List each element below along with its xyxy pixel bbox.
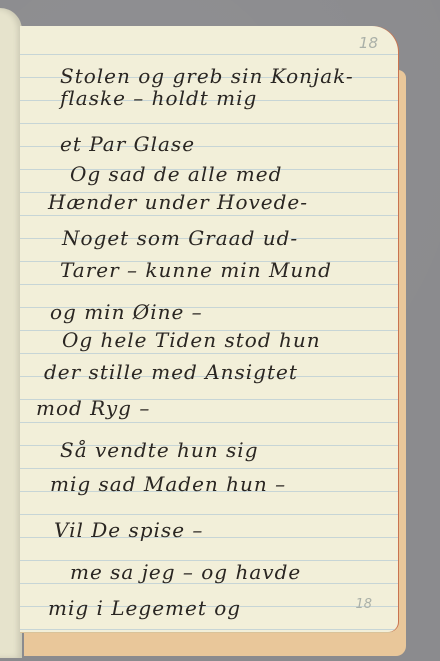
- handwritten-line: Så vendte hun sig: [60, 438, 259, 462]
- handwritten-line: Vil De spise –: [54, 518, 203, 542]
- left-page-edge: ‘: [0, 8, 22, 658]
- handwritten-line: Og sad de alle med: [70, 162, 282, 186]
- handwritten-line: Hænder under Hovede-: [48, 190, 308, 214]
- handwritten-line: der stille med Ansigtet: [44, 360, 298, 384]
- handwritten-line: flaske – holdt mig: [60, 86, 257, 110]
- page-number-top: 18: [359, 34, 378, 52]
- handwritten-line: mig i Legemet og: [48, 596, 241, 620]
- page-number-bottom: 18: [355, 597, 372, 612]
- handwritten-line: og min Øine –: [50, 300, 203, 324]
- handwritten-line: mig sad Maden hun –: [50, 472, 286, 496]
- handwritten-line: mod Ryg –: [36, 396, 150, 420]
- handwritten-line: et Par Glase: [60, 132, 195, 156]
- handwritten-line: Tarer – kunne min Mund: [60, 258, 332, 282]
- notebook-page: 18 Stolen og greb sin Konjak-flaske – ho…: [20, 26, 398, 632]
- handwritten-line: Og hele Tiden stod hun: [62, 328, 321, 352]
- handwritten-line: me sa jeg – og havde: [70, 560, 301, 584]
- handwritten-line: Noget som Graad ud-: [62, 226, 298, 250]
- handwritten-line: Stolen og greb sin Konjak-: [60, 64, 354, 88]
